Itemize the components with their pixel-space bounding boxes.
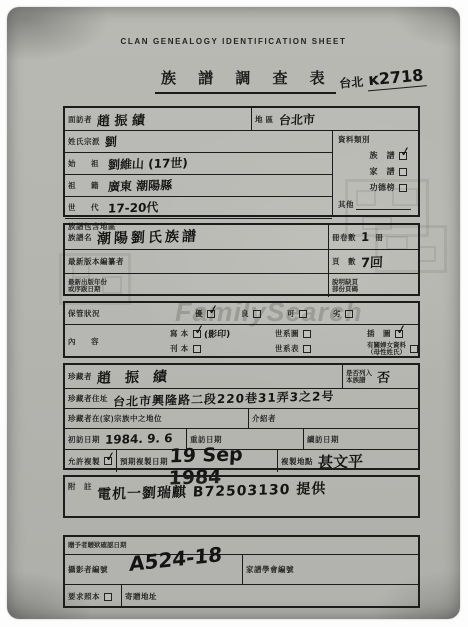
copy-date-label: 預期複製日期 — [120, 456, 168, 467]
donor-confirmation-cell: 贈予者贈欵確認日期 — [65, 537, 418, 554]
category-option-label: 族 譜 — [370, 150, 396, 161]
option-label: 優 — [195, 308, 203, 319]
first-ancestor-label: 始 祖 — [68, 158, 103, 169]
copy-permission-label: 允許複製 — [68, 456, 100, 467]
first-visit-cell: 初訪日期 1984. 9. 6 — [65, 429, 186, 449]
condition-option-good: 良 — [241, 308, 261, 319]
checkbox — [399, 168, 407, 176]
manuscript-note: (影印) — [203, 327, 230, 341]
copy-date-cell: 預期複製日期 19 Sep 1984 — [116, 450, 277, 472]
reference-number: 台北 ĸ2718 — [338, 65, 427, 92]
content-label-cell: 內 容 — [65, 325, 170, 357]
ancestral-home-row: 祖 籍 廣東 潮陽縣 — [65, 174, 332, 196]
checkmark: ✓ — [395, 322, 408, 339]
content-option-lineage-table: 世系表 — [275, 343, 367, 354]
pages-label: 頁 數 — [332, 256, 356, 267]
book-title-cell: 族譜名 潮陽劉氏族譜 — [65, 225, 328, 249]
copy-place-label: 複製地點 — [281, 456, 313, 467]
content-option-illustrations: 插 圖 ✓ — [367, 328, 403, 339]
pages-cell: 頁 數 7回 — [328, 250, 418, 273]
option-label: 劣 — [333, 308, 341, 319]
copy-permission-cell: 允許複製 ✓ — [65, 450, 116, 472]
data-category-label: 資料類別 — [338, 134, 413, 145]
checkbox: ✓ — [193, 330, 201, 338]
option-label: 刊 本 — [170, 343, 189, 354]
compiler-cell: 最新版本編纂者 — [65, 250, 328, 273]
mailing-address-label: 寄贈地址 — [125, 591, 157, 602]
english-title: CLAN GENEALOGY IDENTIFICATION SHEET — [7, 37, 460, 46]
first-ancestor-value: 劉維山 (17世) — [107, 154, 188, 173]
first-visit-value: 1984. 9. 6 — [105, 431, 173, 447]
introducer-cell: 介紹者 — [248, 409, 418, 428]
condition-option-excellent: 優 ✓ — [195, 308, 215, 319]
option-label: 世系圖 — [275, 328, 299, 339]
data-category-column: 資料類別 族 譜 ✓ 家 譜 功德榜 其他 — [332, 131, 418, 217]
book-title-label: 族譜名 — [68, 232, 92, 243]
followup-visit-label: 續訪日期 — [307, 434, 339, 445]
volumes-cell: 冊卷數 1 冊 — [328, 225, 418, 249]
ancestral-home-label: 祖 籍 — [68, 180, 103, 191]
photographer-number-cell: 攝影者編號 A524-18 — [65, 555, 242, 584]
surname-value: 劉 — [105, 133, 118, 150]
condition-option-poor: 劣 — [333, 308, 353, 319]
surname-label: 姓氏宗派 — [68, 136, 100, 147]
publication-date-cell: 最新出版年份 或序跋日期 — [65, 274, 328, 297]
notes-table: 附 註 電机一劉瑞麒 B72503130 提供 — [63, 475, 420, 518]
checkbox — [299, 310, 307, 318]
generations-label: 世 代 — [68, 202, 103, 213]
option-label: 有關婦女資料 （母性姓氏） — [367, 342, 406, 356]
interviewer-label: 面訪者 — [68, 114, 92, 125]
request-copy-label: 要求照本 — [68, 591, 100, 602]
interviewer-value: 趙 振 績 — [97, 109, 146, 129]
generations-row: 世 代 17-20代 — [65, 196, 332, 218]
interviewer-cell: 面訪者 趙 振 績 — [65, 108, 251, 130]
donor-confirmation-label: 贈予者贈欵確認日期 — [68, 542, 127, 549]
first-ancestor-row: 始 祖 劉維山 (17世) — [65, 152, 332, 174]
copy-place-value: 甚文平 — [318, 450, 364, 472]
listed-cell: 是否列入 本族譜 否 — [342, 365, 418, 388]
category-option-zupu: 族 譜 ✓ — [338, 150, 413, 161]
checkmark: ✓ — [399, 144, 412, 161]
region-label: 地 區 — [255, 114, 274, 125]
holder-address-label: 珍藏者住址 — [68, 393, 108, 404]
reference-code: ĸ2718 — [366, 65, 427, 91]
volumes-unit-label: 冊 — [375, 232, 383, 243]
option-label: 寫 本 — [170, 328, 189, 339]
category-other-row: 其他 — [338, 199, 413, 210]
category-option-label: 功德榜 — [370, 182, 396, 193]
request-copy-cell: 要求照本 — [65, 585, 121, 608]
content-options: 寫 本 ✓ (影印) 世系圖 插 圖 ✓ 刊 本 — [170, 325, 418, 357]
society-number-label: 家譜學會編號 — [246, 564, 294, 575]
checkbox: ✓ — [104, 457, 112, 465]
missing-pages-cell: 說明缺頁 部份頁碼 — [328, 274, 418, 297]
missing-pages-label: 說明缺頁 部份頁碼 — [332, 279, 358, 293]
checkbox — [345, 310, 353, 318]
holder-position-cell: 珍藏者在(家)宗族中之地位 — [65, 409, 248, 428]
holder-label: 珍藏者 — [68, 371, 92, 382]
notes-cell: 附 註 電机一劉瑞麒 B72503130 提供 — [65, 477, 418, 516]
admin-table: 贈予者贈欵確認日期 攝影者編號 A524-18 家譜學會編號 要求照本 寄贈地址 — [63, 535, 420, 608]
revisit-label: 重訪日期 — [190, 434, 222, 445]
first-visit-label: 初訪日期 — [68, 434, 100, 445]
compiler-label: 最新版本編纂者 — [68, 256, 124, 267]
volumes-label: 冊卷數 — [332, 232, 356, 243]
notes-label: 附 註 — [68, 481, 92, 492]
condition-options: 優 ✓ 良 可 劣 — [183, 303, 418, 324]
region-cell: 地 區 台北市 — [251, 108, 418, 130]
option-label: 良 — [241, 308, 249, 319]
book-title-value: 潮陽劉氏族譜 — [97, 226, 200, 249]
holder-address-cell: 珍藏者住址 台北市興隆路二段220巷31弄3之2号 — [65, 389, 418, 408]
category-option-jiapu: 家 譜 — [338, 166, 413, 177]
photographer-number-label: 攝影者編號 — [68, 564, 108, 575]
condition-label: 保管狀況 — [68, 308, 100, 319]
volumes-value: 1 — [361, 230, 370, 244]
checkbox — [410, 345, 418, 353]
region-value: 台北市 — [278, 110, 315, 128]
content-option-manuscript: 寫 本 ✓ (影印) — [170, 327, 275, 340]
ancestral-home-value: 廣東 潮陽縣 — [107, 176, 172, 195]
checkbox: ✓ — [207, 310, 215, 318]
checkbox — [104, 593, 112, 601]
category-other-label: 其他 — [338, 199, 354, 210]
scanned-document-page: CLAN GENEALOGY IDENTIFICATION SHEET 族 譜 … — [7, 7, 460, 619]
checkbox — [193, 345, 201, 353]
option-label: 插 圖 — [367, 328, 391, 339]
checkbox — [253, 310, 261, 318]
option-label: 世系表 — [275, 343, 299, 354]
category-option-gongdebang: 功德榜 — [338, 182, 413, 193]
introducer-label: 介紹者 — [252, 413, 276, 424]
reference-city: 台北 — [339, 75, 364, 91]
option-label: 可 — [287, 308, 295, 319]
surname-row: 姓氏宗派 劉 — [65, 131, 332, 152]
blank-line — [356, 201, 411, 210]
checkbox — [303, 330, 311, 338]
content-option-printed: 刊 本 — [170, 343, 275, 354]
followup-visit-cell: 續訪日期 — [303, 429, 418, 449]
checkbox — [399, 184, 407, 192]
genealogy-book-table: 族譜名 潮陽劉氏族譜 冊卷數 1 冊 最新版本編纂者 頁 數 7回 最新出版年份 — [63, 223, 420, 296]
generations-value: 17-20代 — [107, 198, 158, 216]
holder-position-label: 珍藏者在(家)宗族中之地位 — [68, 413, 162, 424]
content-option-women-data: 有關婦女資料 （母性姓氏） — [367, 342, 418, 356]
holder-table: 珍藏者 趙 振 績 是否列入 本族譜 否 珍藏者住址 台北市興隆路二段220巷3… — [63, 363, 420, 470]
condition-label-cell: 保管狀況 — [65, 303, 183, 324]
society-number-cell: 家譜學會編號 — [242, 555, 418, 584]
holder-value: 趙 振 績 — [97, 366, 168, 388]
checkbox: ✓ — [395, 330, 403, 338]
form-title: 族 譜 調 查 表 — [155, 67, 336, 94]
checkbox — [303, 345, 311, 353]
content-label: 內 容 — [68, 336, 103, 347]
category-option-label: 家 譜 — [370, 166, 396, 177]
checkbox: ✓ — [399, 152, 407, 160]
publication-date-label: 最新出版年份 或序跋日期 — [68, 279, 107, 293]
checkmark: ✓ — [207, 302, 220, 319]
basic-info-table: 面訪者 趙 振 績 地 區 台北市 姓氏宗派 劉 始 祖 劉維山 (17世) 祖… — [63, 106, 420, 217]
content-option-lineage-chart: 世系圖 — [275, 328, 367, 339]
copy-place-cell: 複製地點 甚文平 — [277, 450, 418, 472]
mailing-address-cell: 寄贈地址 — [121, 585, 418, 608]
condition-content-table: 保管狀況 優 ✓ 良 可 劣 — [63, 301, 420, 358]
listed-value: 否 — [377, 367, 391, 386]
condition-option-fair: 可 — [287, 308, 307, 319]
holder-address-value: 台北市興隆路二段220巷31弄3之2号 — [113, 387, 335, 410]
holder-cell: 珍藏者 趙 振 績 — [65, 365, 342, 388]
pages-value: 7回 — [361, 252, 384, 272]
notes-value: 電机一劉瑞麒 B72503130 提供 — [97, 478, 327, 504]
listed-label: 是否列入 本族譜 — [346, 370, 372, 384]
